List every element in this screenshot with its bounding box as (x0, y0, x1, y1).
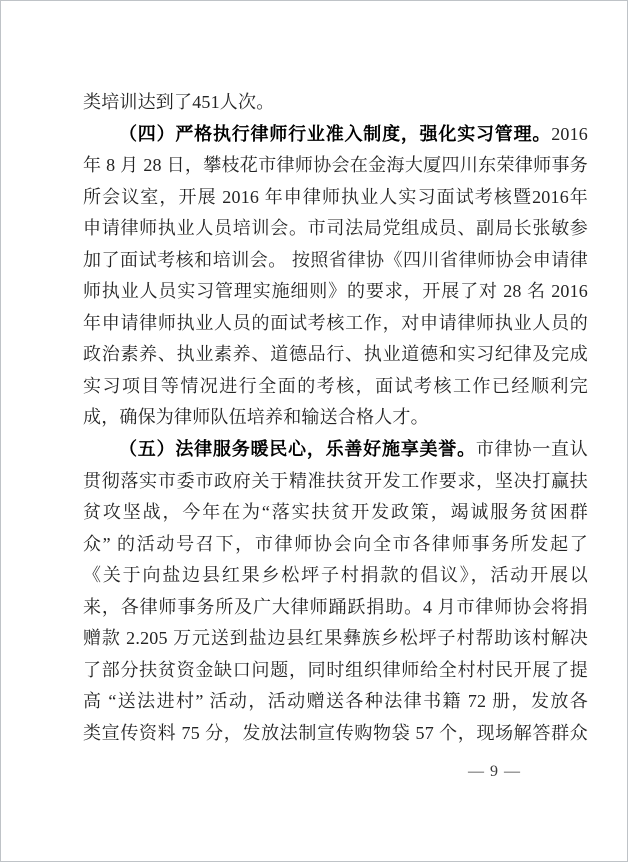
body-run: 《关于向盐边县红果乡松坪子村捐款的倡议》，活动开展以 (83, 565, 588, 585)
text-line: （五）法律服务暖民心，乐善好施享美誉。市律协一直认真 (83, 434, 588, 466)
body-run: 所会议室，开展 2016 年申律师执业人实习面试考核暨2016年 (83, 187, 588, 207)
body-run: 年 8 月 28 日，攀枝花市律师协会在金海大厦四川东荣律师事务 (83, 155, 588, 175)
heading-run: （五）法律服务暖民心，乐善好施享美誉。 (119, 439, 476, 459)
body-run: 赠款 2.205 万元送到盐边县红果彝族乡松坪子村帮助该村解决 (83, 628, 588, 648)
body-run: 加了面试考核和培训会。 按照省律协《四川省律师协会申请律 (83, 250, 588, 270)
text-line: 年申请律师执业人员的面试考核工作，对申请律师执业人员的 (83, 308, 588, 340)
body-run: 众” 的活动号召下，市律师协会向全市各律师事务所发起了 (83, 534, 588, 554)
page-number: — 9 — (468, 762, 521, 782)
body-run: 来，各律师事务所及广大律师踊跃捐助。4 月市律师协会将捐 (83, 597, 588, 617)
text-line: 《关于向盐边县红果乡松坪子村捐款的倡议》，活动开展以 (83, 560, 588, 592)
body-run: 实习项目等情况进行全面的考核，面试考核工作已经顺利完 (83, 376, 588, 396)
body-run: 类宣传资料 75 分，发放法制宣传购物袋 57 个，现场解答群众 (83, 723, 588, 743)
text-line: 年 8 月 28 日，攀枝花市律师协会在金海大厦四川东荣律师事务 (83, 150, 588, 182)
text-line: 贯彻落实市委市政府关于精准扶贫开发工作要求，坚决打赢扶 (83, 466, 588, 498)
text-line: 加了面试考核和培训会。 按照省律协《四川省律师协会申请律 (83, 245, 588, 277)
text-line: 师执业人员实习管理实施细则》的要求，开展了对 28 名 2016 (83, 276, 588, 308)
body-run: 贫攻坚战，今年在为“落实扶贫开发政策，竭诚服务贫困群 (83, 502, 588, 522)
text-line: 类宣传资料 75 分，发放法制宣传购物袋 57 个，现场解答群众 (83, 718, 588, 750)
body-run: 高 “送法进村” 活动，活动赠送各种法律书籍 72 册，发放各 (83, 691, 588, 711)
text-line: 成，确保为律师队伍培养和输送合格人才。 (83, 402, 588, 434)
text-line: 赠款 2.205 万元送到盐边县红果彝族乡松坪子村帮助该村解决 (83, 623, 588, 655)
body-run: 2016 (551, 124, 588, 144)
text-line: 众” 的活动号召下，市律师协会向全市各律师事务所发起了 (83, 529, 588, 561)
text-line: 高 “送法进村” 活动，活动赠送各种法律书籍 72 册，发放各 (83, 686, 588, 718)
text-line: 来，各律师事务所及广大律师踊跃捐助。4 月市律师协会将捐 (83, 592, 588, 624)
body-run: 了部分扶贫资金缺口问题，同时组织律师给全村村民开展了提 (83, 660, 588, 680)
body-run: 年申请律师执业人员的面试考核工作，对申请律师执业人员的 (83, 313, 588, 333)
text-line: 申请律师执业人员培训会。市司法局党组成员、副局长张敏参 (83, 213, 588, 245)
body-run: 成，确保为律师队伍培养和输送合格人才。 (83, 407, 429, 427)
document-page: 类培训达到了451人次。 （四）严格执行律师行业准入制度，强化实习管理。2016… (83, 87, 588, 749)
body-run: 师执业人员实习管理实施细则》的要求，开展了对 28 名 2016 (83, 281, 588, 301)
text-line: 贫攻坚战，今年在为“落实扶贫开发政策，竭诚服务贫困群 (83, 497, 588, 529)
text-line: 政治素养、执业素养、道德品行、执业道德和实习纪律及完成 (83, 339, 588, 371)
heading-run: （四）严格执行律师行业准入制度，强化实习管理。 (119, 124, 551, 144)
text-line: 实习项目等情况进行全面的考核，面试考核工作已经顺利完 (83, 371, 588, 403)
text-line: （四）严格执行律师行业准入制度，强化实习管理。2016 (83, 119, 588, 151)
text-line: 所会议室，开展 2016 年申律师执业人实习面试考核暨2016年 (83, 182, 588, 214)
body-run: 类培训达到了451人次。 (83, 92, 274, 112)
body-run: 贯彻落实市委市政府关于精准扶贫开发工作要求，坚决打赢扶 (83, 471, 588, 491)
body-run: 申请律师执业人员培训会。市司法局党组成员、副局长张敏参 (83, 218, 588, 238)
text-line: 了部分扶贫资金缺口问题，同时组织律师给全村村民开展了提 (83, 655, 588, 687)
body-run: 政治素养、执业素养、道德品行、执业道德和实习纪律及完成 (83, 344, 588, 364)
text-line: 类培训达到了451人次。 (83, 87, 588, 119)
